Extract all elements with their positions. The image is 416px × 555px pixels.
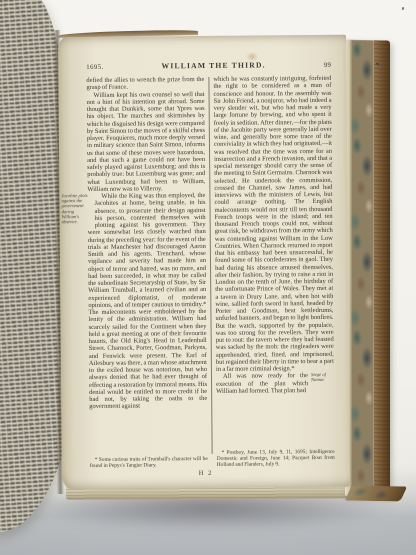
paragraph-with-margin-note: Siege of Namur. All was now ready for th… <box>216 372 334 395</box>
paragraph: which he was constantly intriguing, forf… <box>213 75 334 373</box>
fore-edge <box>345 39 390 496</box>
running-head: 1695. WILLIAM THE THIRD. 99 <box>86 60 331 71</box>
signature-mark: H 2 <box>62 469 350 479</box>
book-photo: 1695. WILLIAM THE THIRD. 99 defied the a… <box>0 0 416 555</box>
paragraph-with-margin-note: Jacobite plots against the government du… <box>87 192 207 411</box>
leather-binding-edge <box>374 40 390 496</box>
book-page: 1695. WILLIAM THE THIRD. 99 defied the a… <box>58 35 350 489</box>
header-page-number: 99 <box>324 62 332 69</box>
margin-note-left: Jacobite plots against the government du… <box>61 194 91 225</box>
header-year: 1695. <box>86 64 103 71</box>
paragraph: While the King was thus employed, the Ja… <box>87 192 207 411</box>
text-block: defied the allies to wrench the prize fr… <box>86 75 334 469</box>
paragraph: William kept his own counsel so well tha… <box>87 90 206 193</box>
bottom-corner-edge <box>345 486 407 502</box>
margin-note-right: Siege of Namur. <box>311 373 334 384</box>
column-divider <box>208 77 212 454</box>
text-column-left: defied the allies to wrench the prize fr… <box>86 76 207 469</box>
marbled-board-edge <box>351 40 374 497</box>
footnote-left: * Some curious traits of Trumball's char… <box>90 456 208 469</box>
footnote-right: * Postboy, June 13, July 9, 11, 1695; In… <box>217 449 335 468</box>
foxing-spot <box>246 52 258 62</box>
header-title: WILLIAM THE THIRD. <box>161 60 265 70</box>
paragraph: defied the allies to wrench the prize fr… <box>86 76 204 92</box>
text-column-right: which he was constantly intriguing, forf… <box>213 75 334 468</box>
